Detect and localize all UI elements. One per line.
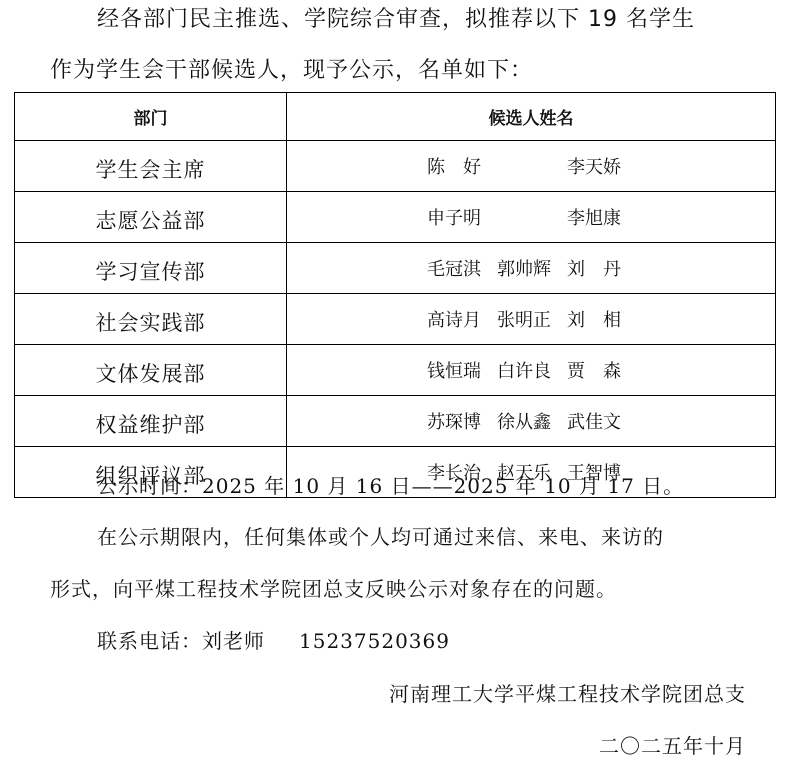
publicity-period: 公示时间：2025 年 10 月 16 日——2025 年 10 月 17 日。 (97, 470, 684, 499)
candidate-name: 贾 森 (567, 357, 637, 383)
candidate-name: 李旭康 (567, 204, 637, 230)
candidate-name: 陈 好 (427, 153, 567, 179)
table-row: 权益维护部 苏琛博 徐从鑫 武佳文 (15, 396, 776, 447)
header-department: 部门 (15, 93, 287, 141)
department-cell: 权益维护部 (15, 396, 287, 447)
names-cell: 苏琛博 徐从鑫 武佳文 (287, 396, 776, 447)
table-row: 社会实践部 高诗月 张明正 刘 相 (15, 294, 776, 345)
names-cell: 陈 好 李天娇 (287, 141, 776, 192)
table-row: 学生会主席 陈 好 李天娇 (15, 141, 776, 192)
department-cell: 学生会主席 (15, 141, 287, 192)
candidate-name: 毛冠淇 (427, 255, 497, 281)
candidate-name: 高诗月 (427, 306, 497, 332)
names-cell: 申子明 李旭康 (287, 192, 776, 243)
names-cell: 钱恒瑞 白许良 贾 森 (287, 345, 776, 396)
contact-phone: 15237520369 (299, 629, 450, 653)
candidate-name: 刘 相 (567, 306, 637, 332)
intro-line-1: 经各部门民主推选、学院综合审查，拟推荐以下 19 名学生 (97, 2, 695, 33)
table-row: 文体发展部 钱恒瑞 白许良 贾 森 (15, 345, 776, 396)
signature-org: 河南理工大学平煤工程技术学院团总支 (389, 678, 746, 707)
names-cell: 高诗月 张明正 刘 相 (287, 294, 776, 345)
department-cell: 学习宣传部 (15, 243, 287, 294)
candidate-name: 郭帅辉 (497, 255, 567, 281)
table-row: 学习宣传部 毛冠淇 郭帅辉 刘 丹 (15, 243, 776, 294)
contact-label: 联系电话：刘老师 (97, 629, 265, 653)
names-cell: 毛冠淇 郭帅辉 刘 丹 (287, 243, 776, 294)
department-cell: 文体发展部 (15, 345, 287, 396)
intro-line-2: 作为学生会干部候选人，现予公示，名单如下： (50, 53, 533, 84)
candidate-name: 白许良 (497, 357, 567, 383)
candidate-table: 部门 候选人姓名 学生会主席 陈 好 李天娇 志愿公益部 申子明 李旭康 学习宣… (14, 92, 776, 498)
candidate-name: 徐从鑫 (497, 408, 567, 434)
header-candidate-names: 候选人姓名 (287, 93, 776, 141)
candidate-name: 苏琛博 (427, 408, 497, 434)
table-row: 志愿公益部 申子明 李旭康 (15, 192, 776, 243)
candidate-name: 钱恒瑞 (427, 357, 497, 383)
candidate-name: 刘 丹 (567, 255, 637, 281)
department-cell: 社会实践部 (15, 294, 287, 345)
table-header-row: 部门 候选人姓名 (15, 93, 776, 141)
candidate-name: 申子明 (427, 204, 567, 230)
candidate-name: 李天娇 (567, 153, 637, 179)
department-cell: 志愿公益部 (15, 192, 287, 243)
feedback-line-1: 在公示期限内，任何集体或个人均可通过来信、来电、来访的 (97, 521, 664, 550)
feedback-line-2: 形式，向平煤工程技术学院团总支反映公示对象存在的问题。 (50, 573, 617, 602)
candidate-name: 张明正 (497, 306, 567, 332)
contact-line: 联系电话：刘老师15237520369 (97, 625, 450, 654)
signature-date: 二〇二五年十月 (599, 730, 746, 759)
candidate-name: 武佳文 (567, 408, 637, 434)
